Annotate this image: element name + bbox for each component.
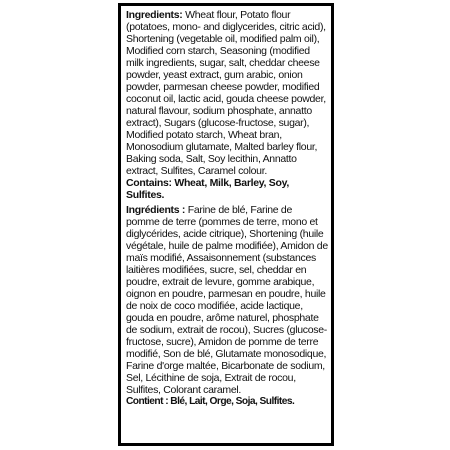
ingredients-paragraph-en: Ingredients: Wheat flour, Potato flour (… — [126, 9, 328, 177]
ingredients-heading-fr: Ingrédients : — [126, 204, 185, 216]
ingredients-paragraph-fr: Ingrédients : Farine de blé, Farine de p… — [126, 204, 328, 396]
ingredients-text-fr: Farine de blé, Farine de pomme de terre … — [126, 204, 328, 396]
ingredients-heading-en: Ingredients: — [126, 9, 183, 21]
contains-statement-en: Contains: Wheat, Milk, Barley, Soy, Sulf… — [126, 177, 328, 201]
contains-statement-fr: Contient : Blé, Lait, Orge, Soja, Sulfit… — [126, 396, 328, 408]
page-background: Ingredients: Wheat flour, Potato flour (… — [0, 0, 450, 450]
ingredients-text-en: Wheat flour, Potato flour (potatoes, mon… — [126, 9, 326, 177]
ingredients-panel: Ingredients: Wheat flour, Potato flour (… — [118, 3, 334, 446]
